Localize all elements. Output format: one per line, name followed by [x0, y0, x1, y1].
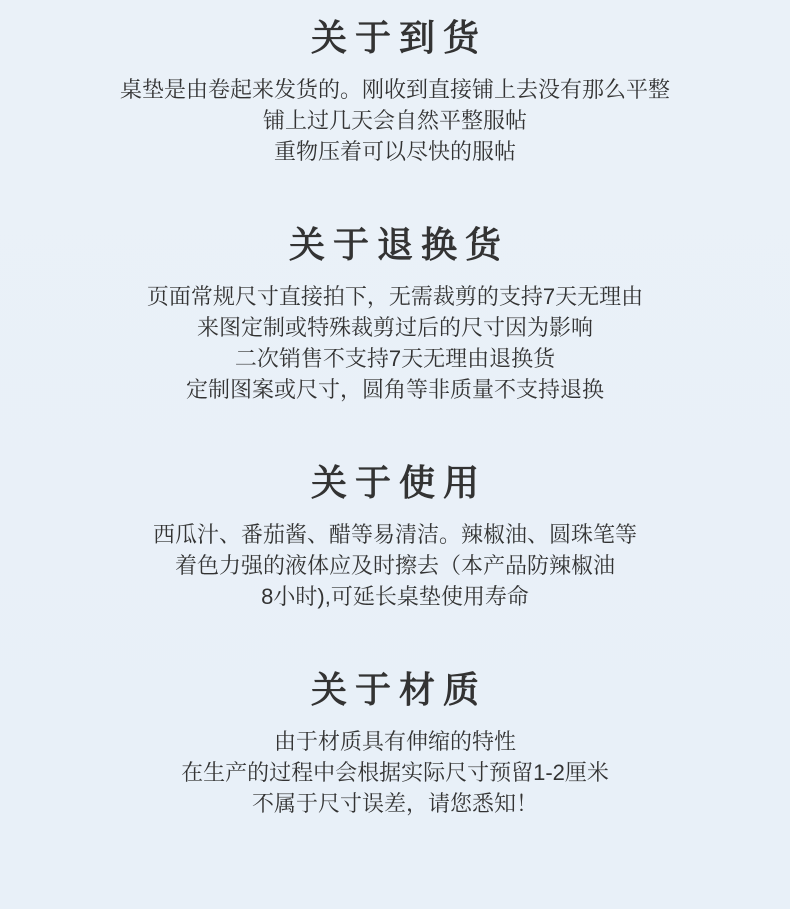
body-line: 桌垫是由卷起来发货的。刚收到直接铺上去没有那么平整: [55, 74, 735, 105]
product-notice-page: 关于到货 桌垫是由卷起来发货的。刚收到直接铺上去没有那么平整 铺上过几天会自然平…: [0, 0, 790, 909]
section-delivery: 关于到货 桌垫是由卷起来发货的。刚收到直接铺上去没有那么平整 铺上过几天会自然平…: [55, 16, 735, 167]
section-usage: 关于使用 西瓜汁、番茄酱、醋等易清洁。辣椒油、圆珠笔等 着色力强的液体应及时擦去…: [55, 461, 735, 612]
section-body-returns: 页面常规尺寸直接拍下，无需裁剪的支持7天无理由 来图定制或特殊裁剪过后的尺寸因为…: [55, 281, 735, 405]
body-line: 铺上过几天会自然平整服帖: [55, 105, 735, 136]
section-title-returns: 关于退换货: [55, 223, 735, 267]
body-line: 西瓜汁、番茄酱、醋等易清洁。辣椒油、圆珠笔等: [55, 519, 735, 550]
section-title-material: 关于材质: [55, 668, 735, 712]
body-line: 不属于尺寸误差，请您悉知！: [55, 788, 735, 819]
section-body-delivery: 桌垫是由卷起来发货的。刚收到直接铺上去没有那么平整 铺上过几天会自然平整服帖 重…: [55, 74, 735, 167]
body-line: 页面常规尺寸直接拍下，无需裁剪的支持7天无理由: [55, 281, 735, 312]
body-line: 着色力强的液体应及时擦去（本产品防辣椒油: [55, 550, 735, 581]
body-line: 来图定制或特殊裁剪过后的尺寸因为影响: [55, 312, 735, 343]
section-title-delivery: 关于到货: [55, 16, 735, 60]
body-line: 二次销售不支持7天无理由退换货: [55, 343, 735, 374]
body-line: 8小时),可延长桌垫使用寿命: [55, 581, 735, 612]
section-body-material: 由于材质具有伸缩的特性 在生产的过程中会根据实际尺寸预留1-2厘米 不属于尺寸误…: [55, 726, 735, 819]
body-line: 定制图案或尺寸，圆角等非质量不支持退换: [55, 374, 735, 405]
body-line: 重物压着可以尽快的服帖: [55, 136, 735, 167]
section-material: 关于材质 由于材质具有伸缩的特性 在生产的过程中会根据实际尺寸预留1-2厘米 不…: [55, 668, 735, 819]
body-line: 在生产的过程中会根据实际尺寸预留1-2厘米: [55, 757, 735, 788]
body-line: 由于材质具有伸缩的特性: [55, 726, 735, 757]
section-title-usage: 关于使用: [55, 461, 735, 505]
section-body-usage: 西瓜汁、番茄酱、醋等易清洁。辣椒油、圆珠笔等 着色力强的液体应及时擦去（本产品防…: [55, 519, 735, 612]
section-returns: 关于退换货 页面常规尺寸直接拍下，无需裁剪的支持7天无理由 来图定制或特殊裁剪过…: [55, 223, 735, 405]
